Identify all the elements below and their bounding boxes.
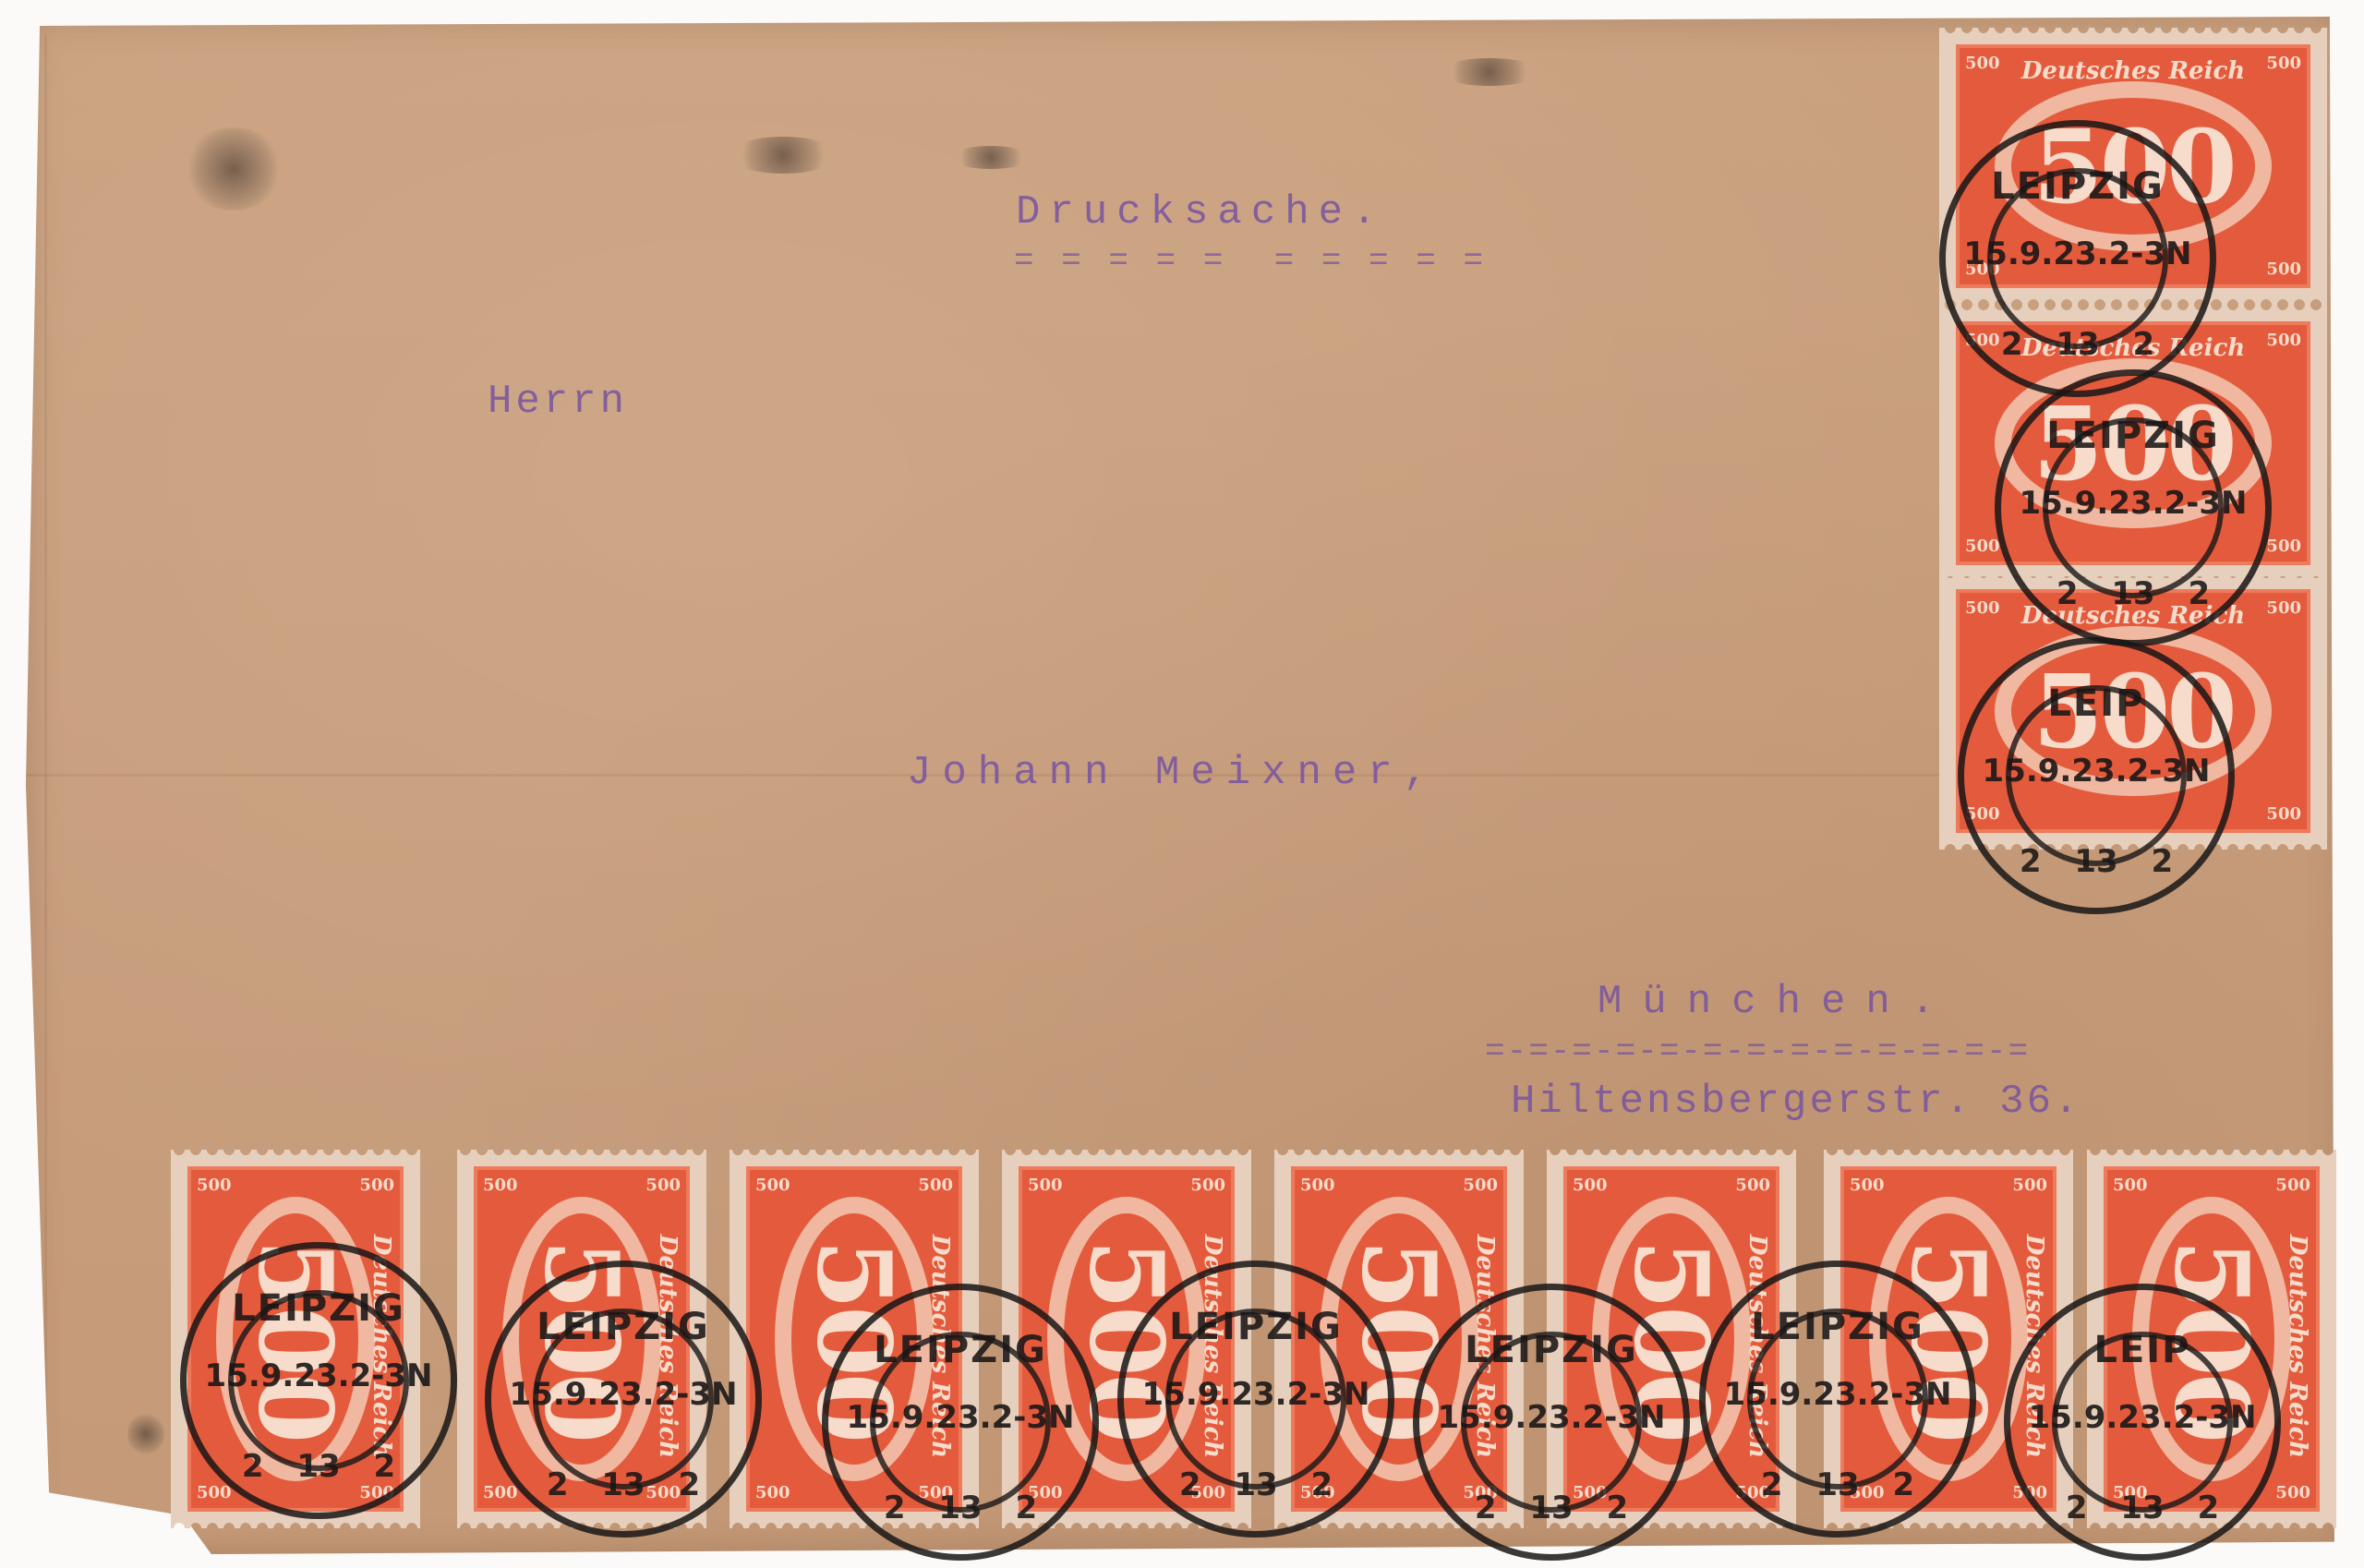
stamp-corner-value: 500 — [1965, 54, 2000, 73]
stamp-corner-value: 500 — [2012, 1176, 2047, 1195]
stamp-corner-value: 500 — [1965, 537, 2000, 556]
postmark-cancel: LEIP15.9.23.2-3N2 13 2 — [1958, 637, 2235, 914]
service-marking: Drucksache. — [1016, 189, 1385, 235]
postmark-city: LEIPZIG — [187, 1287, 451, 1330]
postmark-cancel: LEIPZIG15.9.23.2-3N2 13 2 — [1995, 369, 2272, 646]
recipient-name: Johann Meixner, — [907, 750, 1439, 796]
postmark-city: LEIPZIG — [1946, 165, 2210, 208]
stamp-corner-value: 500 — [359, 1176, 394, 1195]
postmark-city: LEIPZIG — [1419, 1329, 1683, 1371]
postmark-city: LEIPZIG — [491, 1306, 755, 1348]
stamp-corner-value: 500 — [918, 1176, 953, 1195]
ink-smudge — [728, 137, 838, 174]
service-marking-underline: = = = = = = = = = = — [1014, 242, 1487, 280]
postmark-cancel: LEIPZIG15.9.23.2-3N2 13 2 — [1117, 1260, 1394, 1538]
stamp-corner-value: 500 — [1028, 1176, 1063, 1195]
postmark-code: 2 13 2 — [1124, 1466, 1388, 1503]
stamp-corner-value: 500 — [197, 1483, 232, 1502]
postmark-cancel: LEIPZIG15.9.23.2-3N2 13 2 — [180, 1242, 457, 1519]
stamp-corner-value: 500 — [2266, 259, 2301, 279]
postmark-code: 2 13 2 — [187, 1448, 451, 1485]
postmark-city: LEIPZIG — [2001, 415, 2265, 457]
postmark-city: LEIPZIG — [828, 1329, 1092, 1371]
stamp-corner-value: 500 — [1965, 598, 2000, 618]
stamp-corner-value: 500 — [1463, 1176, 1498, 1195]
ink-smudge — [183, 127, 284, 211]
stamp-corner-value: 500 — [645, 1176, 681, 1195]
stamp-corner-value: 500 — [483, 1176, 518, 1195]
postmark-date: 15.9.23.2-3N — [1118, 1376, 1393, 1413]
postmark-date: 15.9.23.2-3N — [1996, 485, 2271, 522]
stamp-corner-value: 500 — [2266, 331, 2301, 350]
stamp-corner-value: 500 — [2113, 1176, 2148, 1195]
postmark-date: 15.9.23.2-3N — [823, 1399, 1098, 1436]
postmark-cancel: LEIPZIG15.9.23.2-3N2 13 2 — [485, 1260, 762, 1538]
stamp-corner-value: 500 — [1735, 1176, 1770, 1195]
postmark-city: LEIP — [1964, 682, 2228, 725]
stamp-issuer: Deutsches Reich — [2284, 1208, 2311, 1485]
recipient-street: Hiltensbergerstr. 36. — [1511, 1079, 2081, 1125]
postmark-code: 2 13 2 — [828, 1490, 1092, 1526]
stamp-corner-value: 500 — [1190, 1176, 1225, 1195]
postmark-date: 15.9.23.2-3N — [1700, 1376, 1975, 1413]
postmark-code: 2 13 2 — [1419, 1490, 1683, 1526]
stamp-corner-value: 500 — [755, 1483, 790, 1502]
postmark-date: 15.9.23.2-3N — [2005, 1399, 2280, 1436]
stamp-corner-value: 500 — [1573, 1176, 1608, 1195]
postmark-cancel: LEIPZIG15.9.23.2-3N2 13 2 — [1413, 1284, 1690, 1561]
ink-smudge — [949, 146, 1032, 169]
postmark-city: LEIPZIG — [1124, 1306, 1388, 1348]
postmark-date: 15.9.23.2-3N — [1959, 753, 2234, 790]
postmark-date: 15.9.23.2-3N — [181, 1357, 456, 1394]
postmark-cancel: LEIPZIG15.9.23.2-3N2 13 2 — [1939, 120, 2216, 397]
stamp-corner-value: 500 — [2275, 1483, 2310, 1502]
postmark-code: 2 13 2 — [491, 1466, 755, 1503]
edge-crease — [44, 35, 47, 1513]
postmark-code: 2 13 2 — [1946, 326, 2210, 363]
stamp-corner-value: 500 — [2266, 598, 2301, 618]
city-underline: =-=-=-=-=-=-=-=-=-=-=-=-= — [1485, 1032, 2030, 1070]
postmark-city: LEIP — [2010, 1329, 2274, 1371]
stamp-corner-value: 500 — [755, 1176, 790, 1195]
postmark-code: 2 13 2 — [2010, 1490, 2274, 1526]
postmark-date: 15.9.23.2-3N — [1414, 1399, 1689, 1436]
stamp-corner-value: 500 — [2275, 1176, 2310, 1195]
salutation: Herrn — [488, 379, 628, 425]
stamp-corner-value: 500 — [197, 1176, 232, 1195]
postmark-code: 2 13 2 — [1706, 1466, 1970, 1503]
postmark-cancel: LEIPZIG15.9.23.2-3N2 13 2 — [1699, 1260, 1976, 1538]
postmark-code: 2 13 2 — [2001, 575, 2265, 612]
stamp-issuer: Deutsches Reich — [1960, 57, 2307, 85]
stamp-corner-value: 500 — [1300, 1176, 1335, 1195]
postmark-code: 2 13 2 — [1964, 843, 2228, 880]
postmark-city: LEIPZIG — [1706, 1306, 1970, 1348]
stamp-corner-value: 500 — [2266, 54, 2301, 73]
postmark-cancel: LEIP15.9.23.2-3N2 13 2 — [2004, 1284, 2281, 1561]
stamp-corner-value: 500 — [1850, 1176, 1885, 1195]
ink-blot — [127, 1411, 164, 1457]
postmark-date: 15.9.23.2-3N — [1940, 235, 2215, 272]
recipient-city: München. — [1598, 979, 1955, 1025]
postmark-cancel: LEIPZIG15.9.23.2-3N2 13 2 — [822, 1284, 1099, 1561]
stamp-corner-value: 500 — [2266, 804, 2301, 824]
postmark-date: 15.9.23.2-3N — [486, 1376, 761, 1413]
stamp-corner-value: 500 — [2266, 537, 2301, 556]
ink-smudge — [1439, 58, 1540, 86]
